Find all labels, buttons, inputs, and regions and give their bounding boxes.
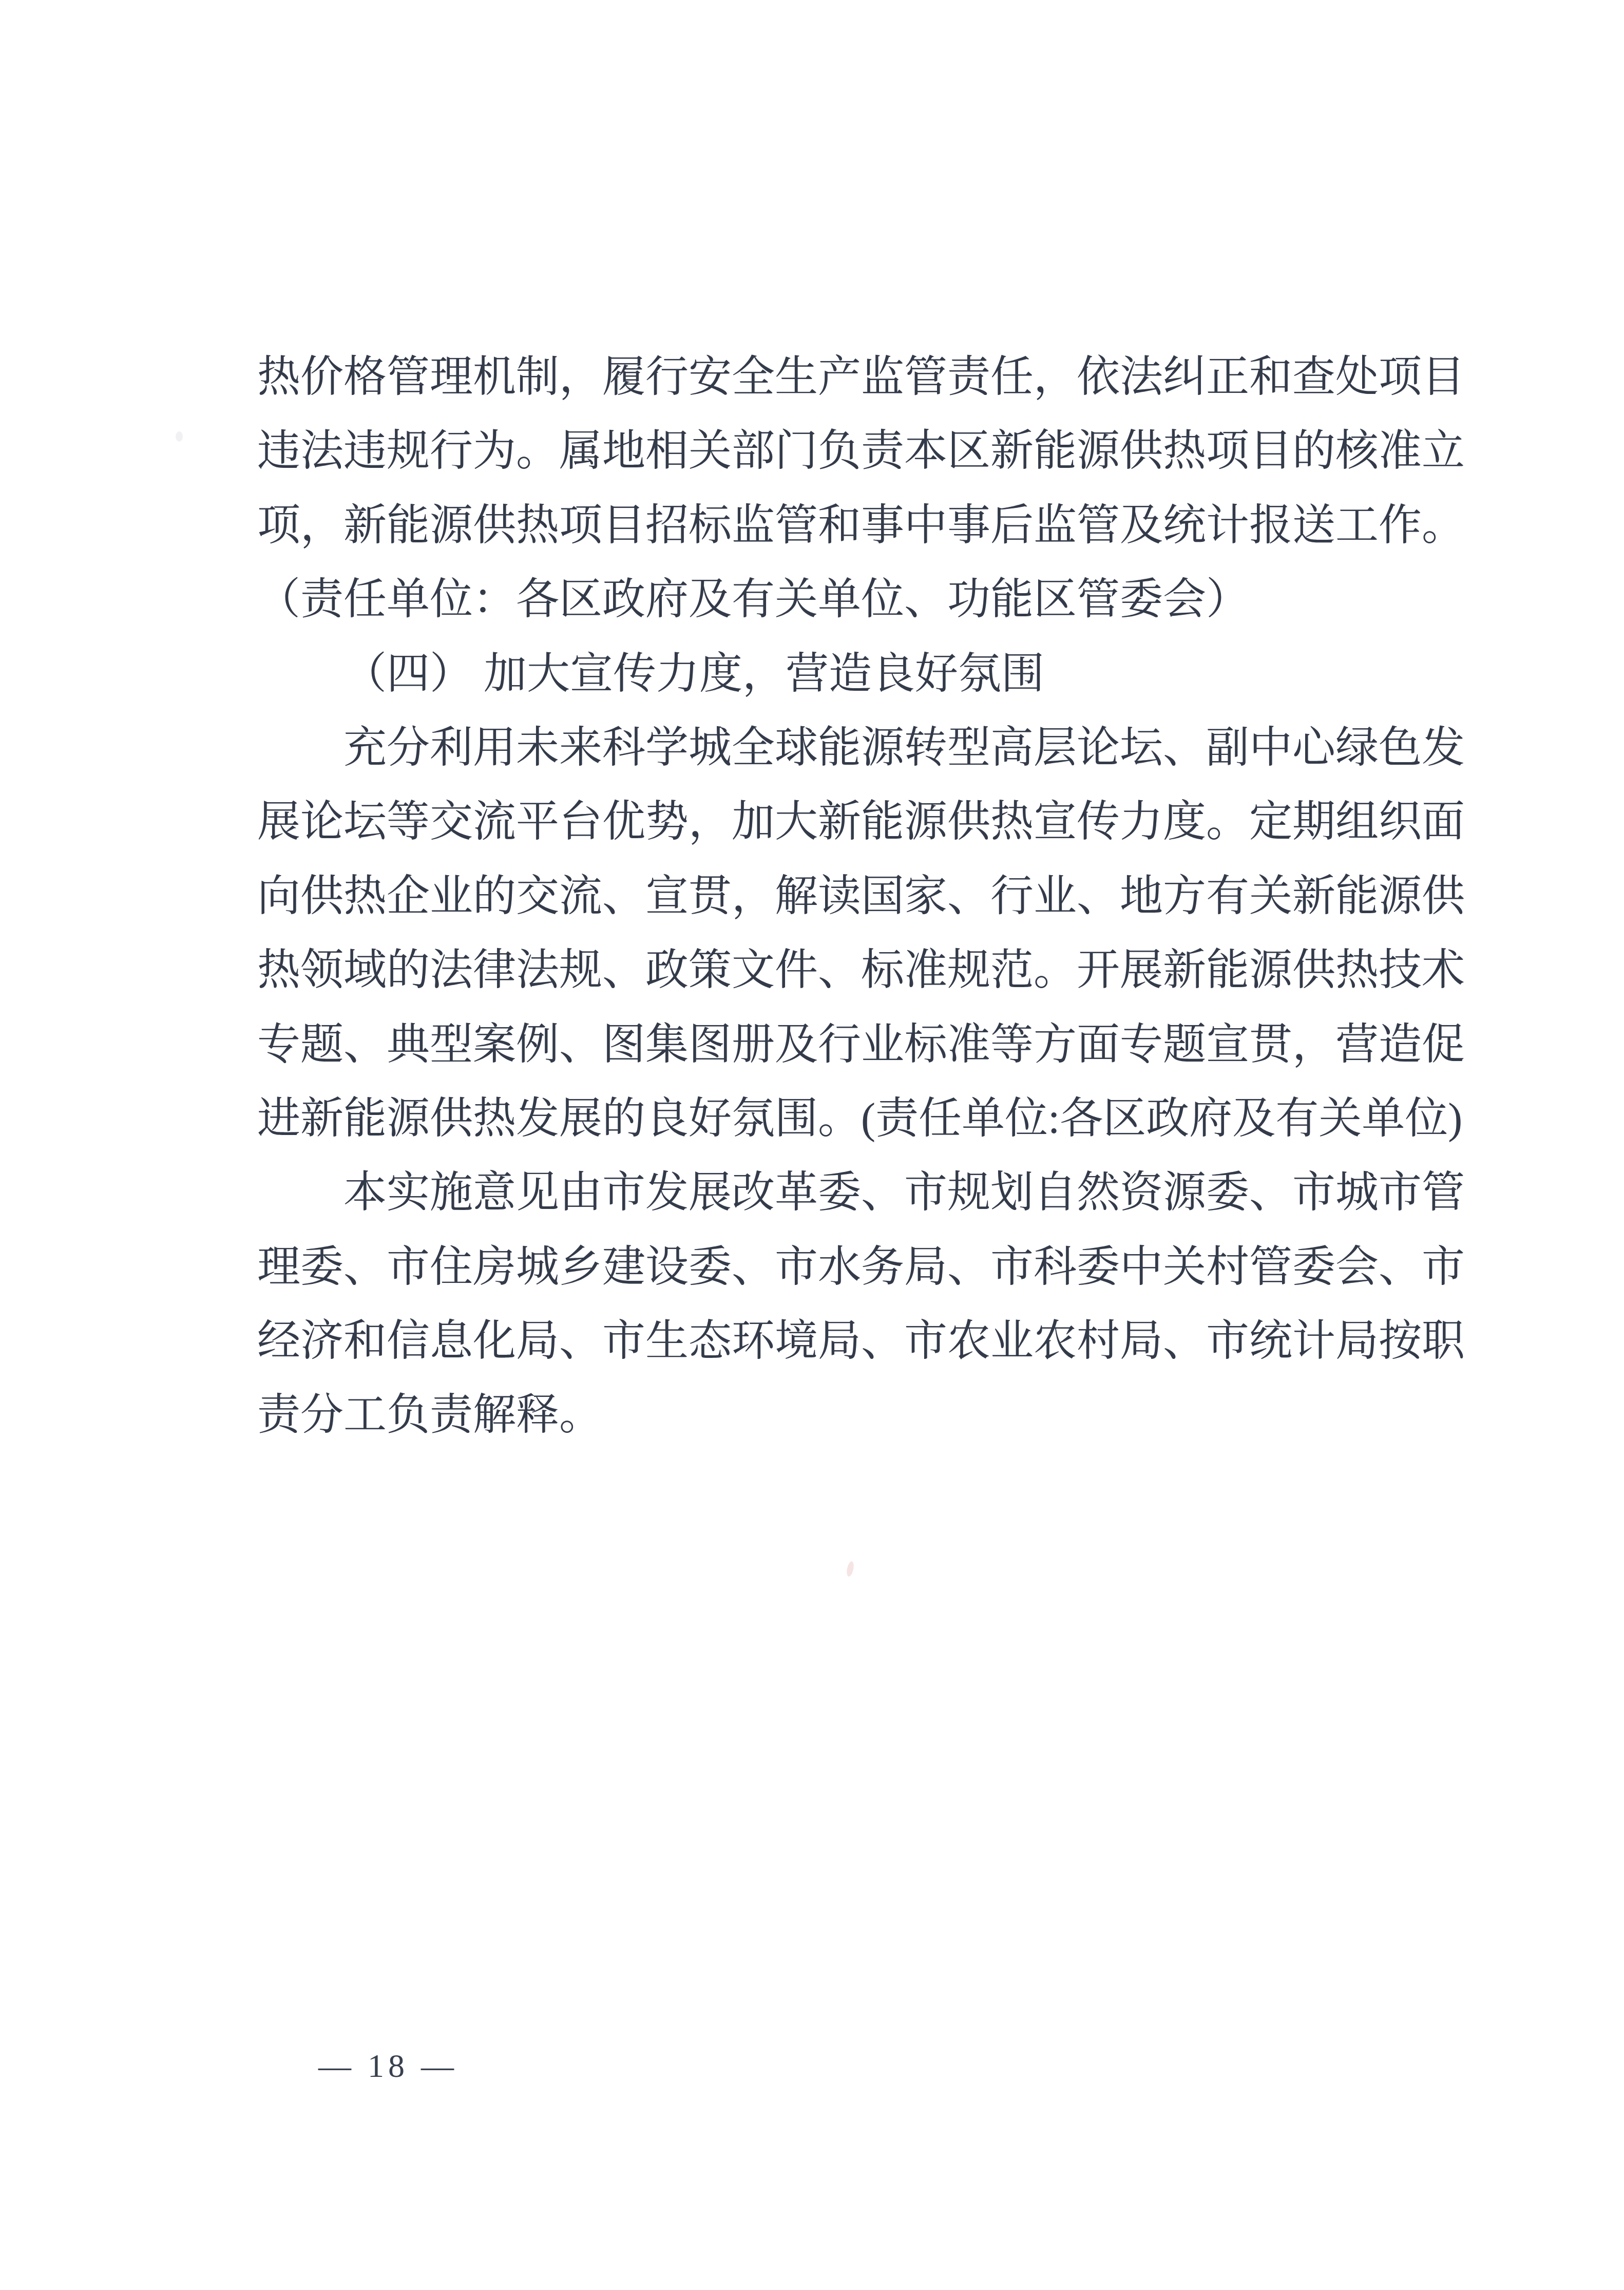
- body-text-line: 展论坛等交流平台优势，加大新能源供热宣传力度。定期组织面: [257, 785, 1500, 859]
- body-text-line: 责分工负责解释。: [257, 1378, 1500, 1452]
- body-text-line: 项，新能源供热项目招标监管和事中事后监管及统计报送工作。: [257, 489, 1500, 563]
- body-text-line: （责任单位：各区政府及有关单位、功能区管委会）: [257, 563, 1500, 637]
- body-text-line: 热领域的法律法规、政策文件、标准规范。开展新能源供热技术: [257, 934, 1500, 1008]
- page-number: — 18 —: [257, 2041, 520, 2091]
- body-text-line: 向供热企业的交流、宣贯，解读国家、行业、地方有关新能源供: [257, 860, 1500, 934]
- body-text-line: 违法违规行为。属地相关部门负责本区新能源供热项目的核准立: [257, 414, 1500, 488]
- body-text-line: 经济和信息化局、市生态环境局、市农业农村局、市统计局按职: [257, 1304, 1500, 1378]
- body-text-line: 充分利用未来科学城全球能源转型高层论坛、副中心绿色发: [257, 711, 1500, 785]
- body-text-line: 专题、典型案例、图集图册及行业标准等方面专题宣贯，营造促: [257, 1008, 1500, 1082]
- body-text-line: 进新能源供热发展的良好氛围。(责任单位:各区政府及有关单位): [257, 1082, 1500, 1156]
- scan-artifact: [846, 1561, 855, 1577]
- scan-artifact: [176, 431, 183, 442]
- body-text-line: 热价格管理机制，履行安全生产监管责任，依法纠正和查处项目: [257, 340, 1500, 414]
- body-text-line: 本实施意见由市发展改革委、市规划自然资源委、市城市管: [257, 1156, 1500, 1230]
- body-text-block: 热价格管理机制，履行安全生产监管责任，依法纠正和查处项目 违法违规行为。属地相关…: [257, 340, 1500, 1453]
- section-heading-line: （四） 加大宣传力度，营造良好氛围: [257, 637, 1500, 711]
- document-page: 热价格管理机制，履行安全生产监管责任，依法纠正和查处项目 违法违规行为。属地相关…: [0, 0, 1624, 2290]
- body-text-line: 理委、市住房城乡建设委、市水务局、市科委中关村管委会、市: [257, 1231, 1500, 1304]
